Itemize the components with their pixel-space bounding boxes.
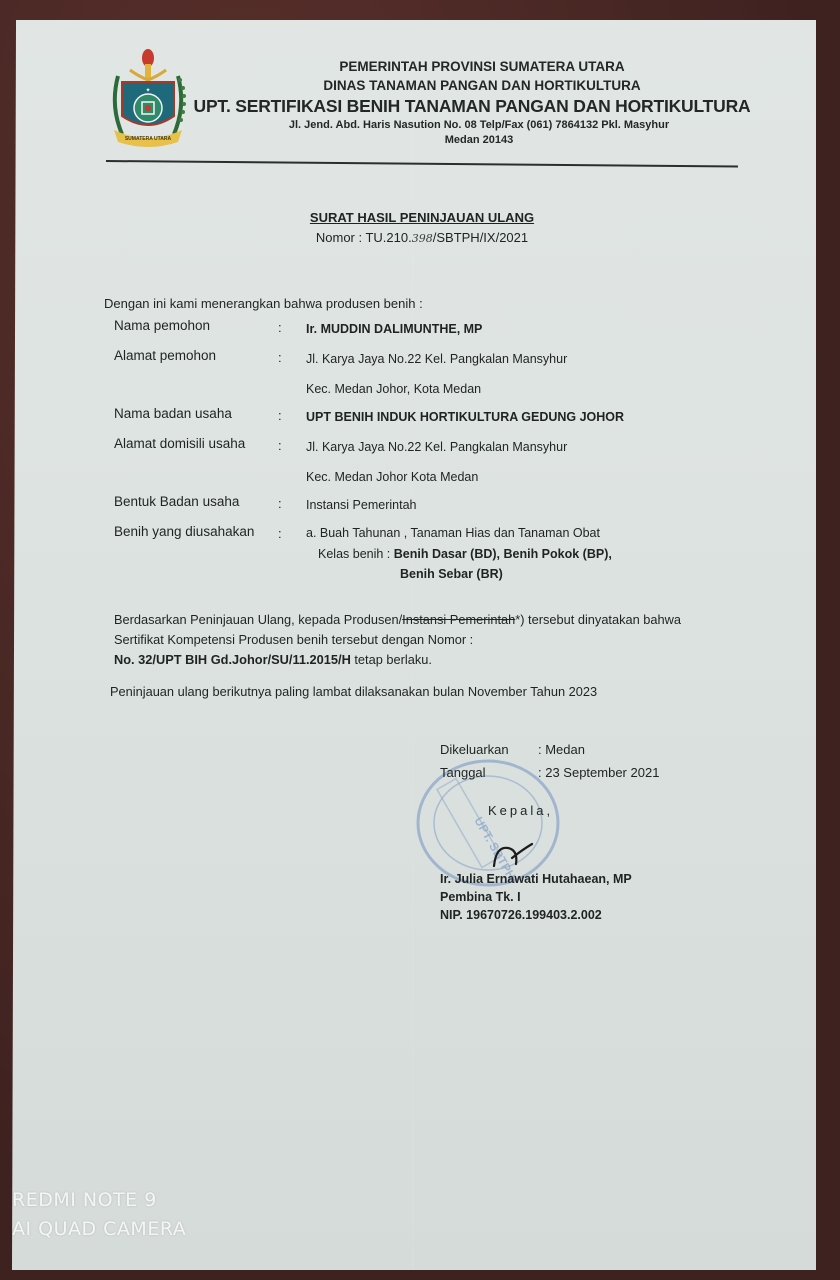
field-value: Jl. Karya Jaya No.22 Kel. Pangkalan Mans… [306, 346, 734, 366]
field-value: Jl. Karya Jaya No.22 Kel. Pangkalan Mans… [306, 434, 734, 454]
seed-class: Kelas benih : Benih Dasar (BD), Benih Po… [318, 544, 734, 584]
field-row: Bentuk Badan usaha : Instansi Pemerintah [114, 492, 734, 522]
field-row: Benih yang diusahakan : a. Buah Tahunan … [114, 522, 734, 544]
field-label: Bentuk Badan usaha [114, 492, 278, 509]
field-value: Kec. Medan Johor, Kota Medan [306, 376, 734, 396]
issue-details: Dikeluarkan : Medan Tanggal : 23 Septemb… [440, 738, 659, 784]
signatory-rank: Pembina Tk. I [440, 888, 632, 906]
review-statement: Berdasarkan Peninjauan Ulang, kepada Pro… [114, 610, 744, 670]
seed-class-values-cont: Benih Sebar (BR) [400, 564, 734, 584]
document-heading: SURAT HASIL PENINJAUAN ULANG Nomor : TU.… [262, 208, 582, 249]
field-row: Alamat domisili usaha : Jl. Karya Jaya N… [114, 434, 734, 464]
certificate-number: No. 32/UPT BIH Gd.Johor/SU/11.2015/H [114, 652, 351, 667]
seed-class-values: Benih Dasar (BD), Benih Pokok (BP), [394, 547, 612, 561]
field-row: Nama badan usaha : UPT BENIH INDUK HORTI… [114, 404, 734, 434]
field-value: a. Buah Tahunan , Tanaman Hias dan Tanam… [306, 522, 734, 540]
issued-date-label: Tanggal [440, 761, 538, 784]
letterhead-city: Medan 20143 [206, 133, 752, 147]
signatory-position: Kepala, [488, 803, 553, 818]
letterhead: PEMERINTAH PROVINSI SUMATERA UTARA DINAS… [192, 57, 752, 147]
field-value: Kec. Medan Johor Kota Medan [306, 464, 734, 484]
svg-text:✦: ✦ [145, 87, 150, 94]
letterhead-department: DINAS TANAMAN PANGAN DAN HORTIKULTURA [212, 76, 752, 95]
field-value: Ir. MUDDIN DALIMUNTHE, MP [306, 316, 734, 336]
issued-place-label: Dikeluarkan [440, 738, 538, 761]
field-value: Instansi Pemerintah [306, 492, 734, 512]
field-label: Alamat domisili usaha [114, 434, 278, 451]
issued-date-value: : 23 September 2021 [538, 761, 659, 784]
issued-place-value: : Medan [538, 738, 585, 761]
field-label: Nama pemohon [114, 316, 278, 333]
field-row: Nama pemohon : Ir. MUDDIN DALIMUNTHE, MP [114, 316, 734, 346]
letterhead-unit: UPT. SERTIFIKASI BENIH TANAMAN PANGAN DA… [192, 95, 752, 117]
letterhead-divider [106, 160, 738, 168]
field-row-continued: Kec. Medan Johor, Kota Medan [114, 376, 734, 404]
signatory-nip: NIP. 19670726.199403.2.002 [440, 906, 632, 924]
producer-fields: Nama pemohon : Ir. MUDDIN DALIMUNTHE, MP… [114, 316, 734, 584]
handwritten-number: 398 [412, 232, 433, 245]
sumatera-utara-emblem-icon: ✦ SUMATERA UTARA [108, 46, 188, 150]
signatory-name: Ir. Julia Ernawati Hutahaean, MP [440, 870, 632, 888]
field-label: Benih yang diusahakan [114, 522, 278, 539]
camera-model: REDMI NOTE 9 [12, 1186, 186, 1215]
document-title: SURAT HASIL PENINJAUAN ULANG [262, 208, 582, 228]
signature-icon [488, 840, 538, 870]
intro-text: Dengan ini kami menerangkan bahwa produs… [104, 296, 423, 311]
document-number: Nomor : TU.210.398/SBTPH/IX/2021 [262, 228, 582, 249]
camera-label: AI QUAD CAMERA [12, 1215, 186, 1244]
letterhead-address: Jl. Jend. Abd. Haris Nasution No. 08 Tel… [206, 117, 752, 133]
next-review-text: Peninjauan ulang berikutnya paling lamba… [110, 684, 597, 699]
svg-text:SUMATERA UTARA: SUMATERA UTARA [125, 136, 172, 142]
field-label: Nama badan usaha [114, 404, 278, 421]
field-label: Alamat pemohon [114, 346, 278, 363]
signatory-block: Ir. Julia Ernawati Hutahaean, MP Pembina… [440, 870, 632, 924]
document-paper: ✦ SUMATERA UTARA PEMERINTAH PROVINSI SUM… [12, 20, 816, 1270]
field-row-continued: Kec. Medan Johor Kota Medan [114, 464, 734, 492]
struck-text: Instansi Pemerintah [402, 612, 515, 627]
letterhead-government: PEMERINTAH PROVINSI SUMATERA UTARA [212, 57, 752, 76]
field-value: UPT BENIH INDUK HORTIKULTURA GEDUNG JOHO… [306, 404, 734, 424]
camera-watermark: REDMI NOTE 9 AI QUAD CAMERA [12, 1186, 186, 1244]
field-row: Alamat pemohon : Jl. Karya Jaya No.22 Ke… [114, 346, 734, 376]
